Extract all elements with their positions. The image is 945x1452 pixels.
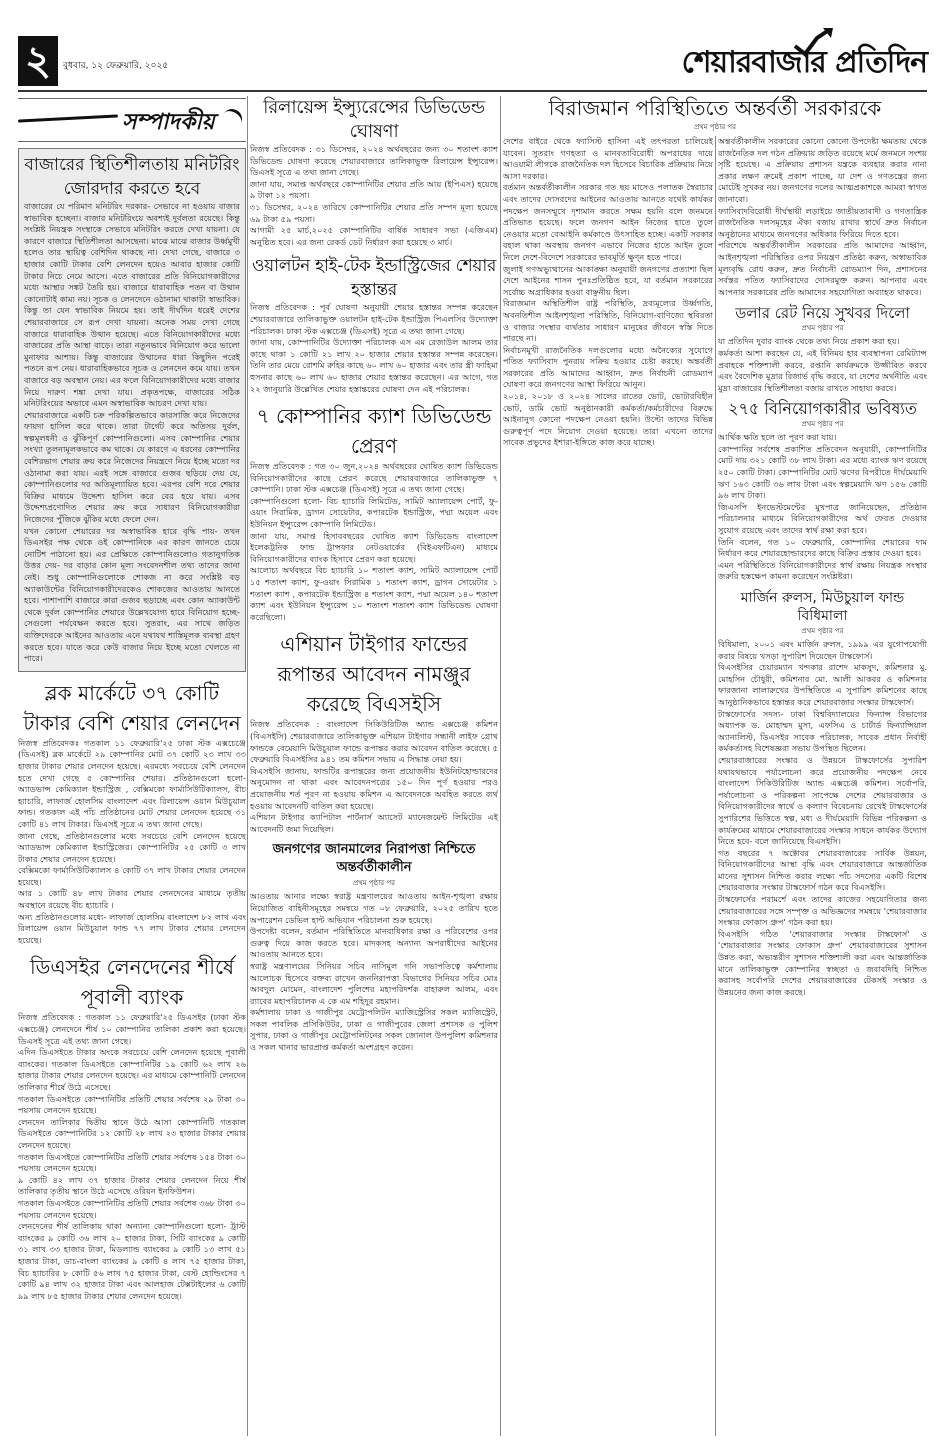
- article-headline: বিরাজমান পরিস্থিতিতে অন্তর্বর্তী সরকারকে: [503, 96, 927, 120]
- article-headline: ২৭৫ বিনিয়োগকারীর ভবিষ্যত: [718, 400, 927, 418]
- article-walton: ওয়ালটন হাই-টেক ইন্ডাস্ট্রিজের শেয়ার হস…: [250, 254, 498, 395]
- article-paragraph: ফ্যাসিবাদবিরোধী দীর্ঘস্থায়ী লড়াইয়ে জা…: [718, 206, 927, 241]
- article-paragraph: জানা যায়, সমাপ্ত অর্থবছরে কোম্পানিটির শ…: [250, 179, 498, 202]
- column-divider: [500, 96, 501, 1436]
- column-divider: [247, 96, 248, 1436]
- article-dollar-rate: ডলার রেট নিয়ে সুখবর দিলো প্রথম পৃষ্ঠার …: [718, 304, 927, 394]
- article-headline: ডিএসইর লেনদেনের শীর্ষে পূবালী ব্যাংক: [18, 952, 246, 1012]
- article-paragraph: বিরাজমান অস্থিতিশীল রাষ্ট্র পরিস্থিতি, দ…: [503, 298, 713, 344]
- article-paragraph: গতকাল ডিএসইতে কোম্পানিটির প্রতিটি শেয়ার…: [18, 1198, 246, 1221]
- article-paragraph: বিএসইসি গঠিত 'শেয়ারবাজার সংস্কার টাস্কফ…: [718, 929, 927, 999]
- article-margin-rules: মার্জিন রুলস, মিউচুয়াল ফান্ড বিধিমালা প…: [718, 589, 927, 998]
- article-paragraph: এশিয়ান টাইগার ক্যাপিটাল পার্টনার্স অ্যা…: [250, 812, 498, 835]
- article-paragraph: উপদেষ্টা বলেন, বর্তমান পরিস্থিতিতে মানবা…: [250, 926, 498, 961]
- article-paragraph: জানা যায়, কোম্পানিটির উদ্যোক্তা পরিচালক…: [250, 337, 498, 395]
- page-number: ২: [18, 36, 58, 86]
- article-headline: জনগণের জানমালের নিরাপত্তা নিশ্চিতে অন্তর…: [250, 841, 498, 877]
- article-paragraph: নিজস্ব প্রতিবেদক : পূর্ব ঘোষণা অনুযায়ী …: [250, 302, 498, 337]
- article-paragraph: অন্তর্বর্তীকালীন সরকারের কোনো কোনো উপদেষ…: [718, 136, 927, 206]
- article-paragraph: গত বছরের ৭ অক্টোবর শেয়ারবাজারের সার্বিক…: [718, 848, 927, 894]
- continued-from-front-label: প্রথম পৃষ্ঠার পর: [718, 625, 927, 637]
- article-paragraph: গতকাল ডিএসইতে কোম্পানিটির প্রতিটি শেয়ার…: [18, 1152, 246, 1175]
- article-paragraph: আলোচ্য অর্থবছরে বিচ হ্যাচারি ১০ শতাংশ ক্…: [250, 565, 498, 623]
- article-paragraph: নিজস্ব প্রতিবেদক : বাংলাদেশ সিকিউরিটিজ অ…: [250, 719, 498, 765]
- article-headline: ব্লক মার্কেটে ৩৭ কোটি টাকার বেশি শেয়ার …: [18, 678, 246, 738]
- column-1: সম্পাদকীয় বাজারের স্থিতিশীলতায় মনিটরিং…: [18, 96, 246, 1302]
- editorial-banner: সম্পাদকীয়: [18, 98, 246, 142]
- article-paragraph: যা প্রতিদিন দুবার ব্যাংক থেকে তথ্য নিয়ে…: [718, 336, 927, 348]
- article-paragraph: এমন পরিস্থিতিতে বিনিয়োগকারীদের স্বার্থ …: [718, 560, 927, 583]
- column-2: রিলায়েন্স ইন্স্যুরেন্সের ডিভিডেন্ড ঘোষণ…: [250, 96, 498, 1054]
- issue-date: বুধবার, ১২ ফেব্রুয়ারি, ২০২৫: [63, 58, 168, 73]
- article-paragraph: বর্তমান অন্তর্বর্তীকালীন সরকার গত ছয় মা…: [503, 182, 713, 263]
- article-investors-275: ২৭৫ বিনিয়োগকারীর ভবিষ্যত প্রথম পৃষ্ঠার …: [718, 400, 927, 583]
- article-asian-tiger: এশিয়ান টাইগার ফান্ডের রূপান্তর আবেদন না…: [250, 629, 498, 835]
- article-security: জনগণের জানমালের নিরাপত্তা নিশ্চিতে অন্তর…: [250, 841, 498, 1053]
- article-paragraph: গতকাল ডিএসইতে কোম্পানিটির প্রতিটি শেয়ার…: [18, 1094, 246, 1117]
- article-paragraph: নির্বাচনমুখী রাজনৈতিক দলগুলোর মধ্যে অনৈক…: [503, 345, 713, 391]
- article-paragraph: নিজস্ব প্রতিবেদক : গতকাল ১১ ফেব্রুয়ারি'…: [18, 1012, 246, 1047]
- article-block-market: ব্লক মার্কেটে ৩৭ কোটি টাকার বেশি শেয়ার …: [18, 678, 246, 947]
- article-paragraph: পরিশেষে অন্তর্বর্তীকালীন সরকারের প্রতি আ…: [718, 240, 927, 298]
- column-3: দেশের বাইরে থেকে ফ্যাসিস্ট হাসিনা এই তৎপ…: [503, 136, 713, 449]
- swoosh-decoration-icon: [218, 105, 245, 132]
- article-paragraph: বেক্সিমকো ফার্মাসিউটিক্যালস ৪ কোটি ৩৭ লা…: [18, 865, 246, 888]
- article-headline: ওয়ালটন হাই-টেক ইন্ডাস্ট্রিজের শেয়ার হস…: [250, 254, 498, 302]
- article-paragraph: বিধিমালা, ২০০১ এবং মার্জিন রুলস, ১৯৯৯ এর…: [718, 639, 927, 662]
- article-paragraph: জানা যায়, সমাপ্ত হিসাববছরের ঘোষিত ক্যাশ…: [250, 531, 498, 566]
- article-paragraph: আর ১ কোটি ৪৮ লাখ টাকার শেয়ার লেনদেনের ম…: [18, 888, 246, 911]
- article-paragraph: লেনদেন তালিকার দ্বিতীয় স্থানে উঠে আসা ক…: [18, 1117, 246, 1152]
- article-paragraph: আর্থিক ক্ষতি হলে তা পূরণ করা যায়।: [718, 432, 927, 444]
- interim-gov-headline-block: বিরাজমান পরিস্থিতিতে অন্তর্বর্তী সরকারকে…: [503, 96, 927, 135]
- article-paragraph: নিজস্ব প্রতিবেদক : গত ৩০ জুন,২০২৪ অর্থবছ…: [250, 461, 498, 496]
- article-paragraph: কোম্পানির সর্বশেষ প্রকাশিত প্রতিবেদন অনু…: [718, 444, 927, 502]
- article-paragraph: বাজারের যে পরিমাণ মনিটরিং দরকার- সেভাবে …: [24, 201, 240, 410]
- editorial-label: সম্পাদকীয়: [122, 105, 215, 142]
- article-seven-companies: ৭ কোম্পানির ক্যাশ ডিভিডেন্ড প্রেরণ নিজস্…: [250, 401, 498, 623]
- article-paragraph: টাস্কফোর্সের পরামর্শে এবং তাদের কাজের সহ…: [718, 894, 927, 929]
- continued-from-front-label: প্রথম পৃষ্ঠার পর: [718, 322, 927, 334]
- column-divider: [715, 136, 716, 1436]
- article-paragraph: জিএসপি ইনভেস্টমেন্টের মুখপাত্র জানিয়েছে…: [718, 502, 927, 537]
- continued-from-front-label: প্রথম পৃষ্ঠার পর: [718, 418, 927, 430]
- article-paragraph: আওতায় আনার লক্ষ্যে স্বরাষ্ট্র মন্ত্রণাল…: [250, 891, 498, 926]
- article-paragraph: তিনি বলেন, গত ১০ ফেব্রুয়ারি, কোম্পানির …: [718, 537, 927, 560]
- continued-from-front-label: প্রথম পৃষ্ঠার পর: [503, 121, 927, 133]
- article-paragraph: এদিন ডিএসইতে টাকার অংকে সবচেয়ে বেশি লেন…: [18, 1047, 246, 1093]
- article-reliance: রিলায়েন্স ইন্স্যুরেন্সের ডিভিডেন্ড ঘোষণ…: [250, 96, 498, 248]
- continued-from-front-label: প্রথম পৃষ্ঠার পর: [250, 877, 498, 889]
- newspaper-logo: শেয়ারবাজার প্রতিদিন: [682, 38, 927, 89]
- editorial-headline: বাজারের স্থিতিশীলতায় মনিটরিং জোরদার করত…: [24, 153, 240, 201]
- article-paragraph: নিজস্ব প্রতিবেদক : ৩১ ডিসেম্বর, ২০২৪ অর্…: [250, 144, 498, 179]
- column-4: অন্তর্বর্তীকালীন সরকারের কোনো কোনো উপদেষ…: [718, 136, 927, 998]
- article-headline: ডলার রেট নিয়ে সুখবর দিলো: [718, 304, 927, 322]
- masthead: ২ বুধবার, ১২ ফেব্রুয়ারি, ২০২৫ শেয়ারবাজ…: [0, 0, 945, 92]
- article-headline: রিলায়েন্স ইন্স্যুরেন্সের ডিভিডেন্ড ঘোষণ…: [250, 96, 498, 144]
- article-paragraph: কোম্পানিগুলো হলো- বিচ হ্যাচারি লিমিটেড, …: [250, 496, 498, 531]
- header-divider: [18, 90, 927, 92]
- article-paragraph: অন্য প্রতিষ্ঠানগুলোর মধ্যে- লাফার্জ হোলস…: [18, 912, 246, 947]
- article-paragraph: শেয়ারবাজারে একটি চক্র পরিকল্পিতভাবে কার…: [24, 410, 240, 526]
- article-paragraph: লেনদেনের শীর্ষ তালিকায় থাকা অন্যান্য কো…: [18, 1221, 246, 1302]
- article-paragraph: কর্মকর্তা আশা করছেন যে, এই বিনিময় হার ব…: [718, 348, 927, 394]
- article-paragraph: যখন কোনো শেয়ারের দর অস্বাভাবিক হারে বৃদ…: [24, 526, 240, 665]
- article-paragraph: শেয়ারবাজারের সংস্কার ও উন্নয়নে টাস্কফো…: [718, 755, 927, 848]
- article-headline: মার্জিন রুলস, মিউচুয়াল ফান্ড বিধিমালা: [718, 589, 927, 625]
- article-paragraph: কর্মশালায় ঢাকা ও গাজীপুর মেট্রোপলিটন ম্…: [250, 1007, 498, 1053]
- article-paragraph: জানা গেছে, প্রতিষ্ঠানগুলোর মধ্যে সবচেয়ে…: [18, 831, 246, 866]
- article-paragraph: আগামী ২৫ মার্চ,২০২৫ কোম্পানিটির বার্ষিক …: [250, 225, 498, 248]
- article-dse-top: ডিএসইর লেনদেনের শীর্ষে পূবালী ব্যাংক নিজ…: [18, 952, 246, 1302]
- article-paragraph: ২০১৪, ২০১৮ ও ২০২৪ সালের রাতের ভোট, ভোটার…: [503, 391, 713, 449]
- swoosh-decoration-icon: [18, 114, 118, 122]
- article-paragraph: স্বরাষ্ট্র মন্ত্রণালয়ের সিনিয়র সচিব না…: [250, 961, 498, 1007]
- article-paragraph: নিজস্ব প্রতিবেদকঃ গতকাল ১১ ফেব্রুয়ারি'২…: [18, 738, 246, 831]
- article-paragraph: দেশের বাইরে থেকে ফ্যাসিস্ট হাসিনা এই তৎপ…: [503, 136, 713, 182]
- article-paragraph: ৯ কোটি ৪২ লাখ ৩৭ হাজার টাকার শেয়ার লেনদ…: [18, 1175, 246, 1198]
- article-paragraph: ৩১ ডিসেম্বর, ২০২৪ তারিখে কোম্পানিটির শেয…: [250, 202, 498, 225]
- article-paragraph: বিএসইসি জানায়, ফান্ডটির রূপান্তরের জন্য…: [250, 766, 498, 812]
- article-paragraph: জুলাই গণঅভ্যুত্থানের আকাঙ্ক্ষা অনুযায়ী …: [503, 264, 713, 299]
- article-headline: ৭ কোম্পানির ক্যাশ ডিভিডেন্ড প্রেরণ: [250, 401, 498, 461]
- editorial-article: বাজারের স্থিতিশীলতায় মনিটরিং জোরদার করত…: [18, 148, 246, 672]
- article-paragraph: টাস্কফোর্সের সদস্য- ঢাকা বিশ্ববিদ্যালয়ে…: [718, 709, 927, 755]
- article-headline: এশিয়ান টাইগার ফান্ডের রূপান্তর আবেদন না…: [250, 629, 498, 719]
- article-paragraph: বিএসইসির চেয়ারম্যান খন্দকার রাশেদ মাকসু…: [718, 662, 927, 708]
